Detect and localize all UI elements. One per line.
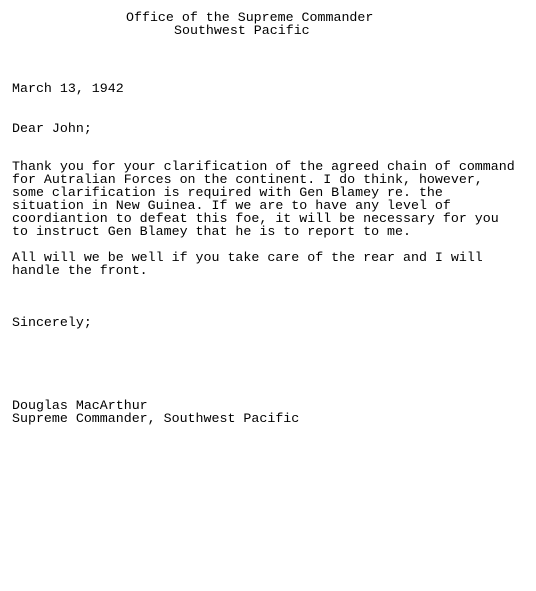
paragraph-line: handle the front. xyxy=(12,264,148,277)
letter-date: March 13, 1942 xyxy=(12,82,124,95)
paragraph-line: to instruct Gen Blamey that he is to rep… xyxy=(12,225,411,238)
signature-title: Supreme Commander, Southwest Pacific xyxy=(12,412,299,425)
salutation: Dear John; xyxy=(12,122,92,135)
letterhead-region: Southwest Pacific xyxy=(174,24,310,37)
closing: Sincerely; xyxy=(12,316,92,329)
